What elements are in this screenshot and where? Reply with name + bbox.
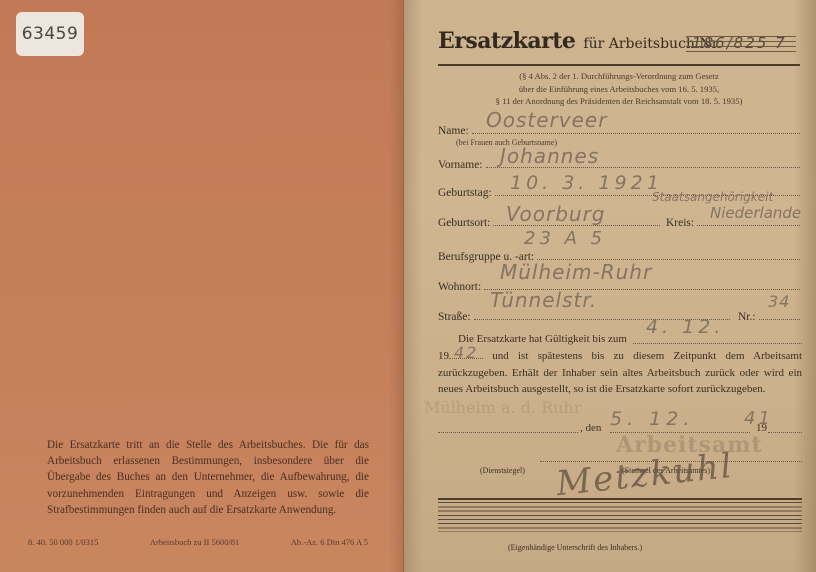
dotted-line (472, 133, 800, 134)
cover-notice-text: Die Ersatzkarte tritt an die Stelle des … (47, 437, 369, 518)
document-scan: 63459 Die Ersatzkarte tritt an die Stell… (0, 0, 816, 572)
seal-caption: (Dienstsiegel) (480, 466, 525, 475)
field-label: Kreis: (666, 217, 694, 230)
field-label: Nr.: (738, 311, 756, 324)
field-value-geburtstag: 10. 3. 1921 (510, 172, 663, 194)
field-value-geburtsort: Voorburg (506, 202, 606, 226)
archive-number-sticker: 63459 (16, 12, 84, 56)
field-label: Geburtstag: (438, 187, 492, 200)
field-value-vorname: Johannes (500, 144, 599, 168)
field-label: Vorname: (438, 159, 483, 172)
form-reference: Arbeitsbuch zu II 5600/81 (150, 537, 239, 547)
dotted-line (759, 319, 800, 320)
field-label: Straße: (438, 311, 471, 324)
issue-date: 5. 12. (610, 408, 694, 430)
card-title: Ersatzkarte für Arbeitsbuch Nr. 186/825 … (438, 28, 798, 62)
field-label: Geburtsort: (438, 217, 490, 230)
print-code: 8. 40. 50 000 1/0315 (28, 537, 98, 547)
validity-paragraph: Die Ersatzkarte hat Gültigkeit bis zum 1… (438, 331, 802, 398)
left-cover-page: 63459 Die Ersatzkarte tritt an die Stell… (0, 0, 404, 572)
issue-year: 41 (744, 408, 773, 429)
legal-line: über die Einführung eines Arbeitsbuches … (438, 83, 800, 96)
holder-signature-lines (438, 498, 802, 532)
place-stamp-ghost: Mülheim a. d. Ruhr (424, 398, 581, 417)
cover-footer: 8. 40. 50 000 1/0315 Arbeitsbuch zu II 5… (28, 537, 368, 547)
legal-line: (§ 4 Abs. 2 der 1. Durchführungs-Verordn… (438, 70, 800, 83)
field-label: Wohnort: (438, 281, 481, 294)
field-value-berufsgruppe: 23 A 5 (524, 228, 606, 249)
book-number-struck: 186/825 7 (686, 32, 796, 54)
dotted-line (438, 432, 578, 433)
title-divider (438, 64, 800, 66)
valid-until-day: 4. 12. (646, 316, 724, 338)
field-value-strasse: Tünnelstr. (490, 288, 597, 312)
field-label: Name: (438, 125, 469, 138)
field-value-name: Oosterveer (486, 108, 607, 132)
field-vorname: Vorname: (438, 150, 800, 172)
field-value-nr: 34 (768, 292, 790, 311)
den-label: , den (580, 422, 601, 434)
staatsangehoerigkeit-note: Staatsangehörigkeit (652, 190, 773, 204)
year-prefix: 19 (438, 350, 449, 362)
paper-format: Ab.-Az. 6 Din 476 A 5 (291, 537, 368, 547)
holder-signature-caption: (Eigenhändige Unterschrift des Inhabers.… (508, 543, 642, 552)
dotted-line (768, 432, 802, 433)
validity-prefix: Die Ersatzkarte hat Gültigkeit bis zum (458, 331, 627, 348)
legal-reference: (§ 4 Abs. 2 der 1. Durchführungs-Verordn… (438, 70, 800, 108)
field-value-kreis: Niederlande (710, 204, 801, 222)
dotted-line (633, 343, 802, 344)
title-main: Ersatzkarte (438, 28, 575, 54)
dotted-line (697, 225, 800, 226)
field-value-wohnort: Mülheim-Ruhr (500, 260, 652, 284)
validity-text: und ist spätestens bis zu diesem Zeitpun… (438, 350, 802, 396)
legal-line: § 11 der Anordnung des Präsidenten der R… (438, 95, 800, 108)
valid-until-year: 42 (454, 343, 478, 362)
